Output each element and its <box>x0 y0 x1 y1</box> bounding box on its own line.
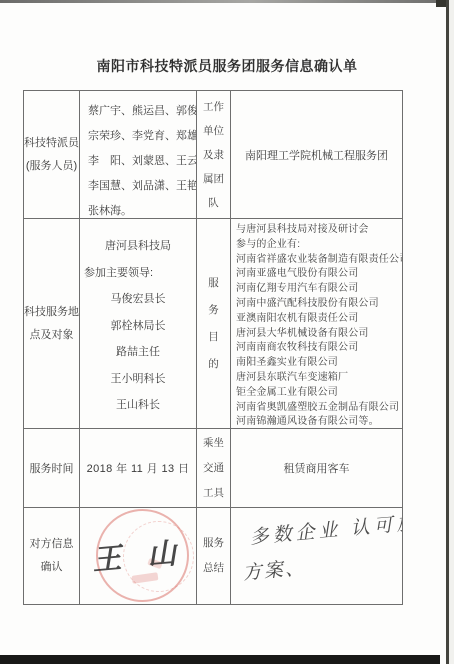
text-line: 路喆主任 <box>80 339 196 366</box>
text-line: 服务 <box>203 531 224 556</box>
work-unit-label: 工作单位及隶属团队 <box>197 91 231 219</box>
service-date-text: 2018 年 11 月 13 日 <box>87 460 190 476</box>
scan-edge-top <box>0 0 454 3</box>
specialists-label: 科技特派员(服务人员) <box>24 91 80 219</box>
text-line: 科技特派员 <box>24 132 79 155</box>
text-line: (服务人员) <box>26 155 77 178</box>
transport-value: 租赁商用客车 <box>231 429 402 508</box>
text-line: 李国慧、刘品潇、王艳红、 <box>88 174 192 199</box>
text-line: 务 <box>208 297 219 324</box>
text-line: 与唐河县科技局对接及研讨会 <box>236 223 400 238</box>
text-line: 确认 <box>41 556 63 579</box>
text-line: 唐河县东联汽车变速箱厂 <box>236 371 400 386</box>
text-line: 工作 <box>203 95 224 119</box>
scan-margin-right <box>449 0 454 664</box>
specialists-names: 蔡广宇、熊运昌、郭俊杰、宗荣珍、李党育、郑雄文、李 阳、刘蒙恩、王云涛、李国慧、… <box>80 91 197 219</box>
text-line: 参与的企业有: <box>236 238 400 253</box>
work-unit-value: 南阳理工学院机械工程服务团 <box>231 91 402 219</box>
text-line: 工具 <box>203 481 224 506</box>
text-line: 目 <box>208 324 219 351</box>
text-line: 队 <box>208 191 219 215</box>
text-line: 河南中盛汽配科技股份有限公司 <box>236 297 400 312</box>
text-line: 李 阳、刘蒙恩、王云涛、 <box>88 149 192 174</box>
text-line: 王小明科长 <box>80 366 196 393</box>
work-unit-text: 南阳理工学院机械工程服务团 <box>245 147 388 163</box>
text-line: 参加主要领导: <box>80 260 196 287</box>
confirmation-label: 对方信息确认 <box>24 508 80 604</box>
text-line: 交通 <box>203 456 224 481</box>
text-line: 蔡广宇、熊运昌、郭俊杰、 <box>88 99 192 124</box>
service-purpose-label: 服务目的 <box>197 219 231 429</box>
service-location-value: 唐河县科技局参加主要领导:马俊宏县长郭栓林局长路喆主任王小明科长王山科长 <box>80 219 197 429</box>
text-line: 张林海。 <box>88 199 192 219</box>
scan-edge-right <box>446 0 449 664</box>
service-purpose-value: 与唐河县科技局对接及研讨会参与的企业有:河南省祥盛农业装备制造有限责任公司河南亚… <box>231 219 402 429</box>
service-time-label: 服务时间 <box>24 429 80 508</box>
scanned-document-page: 南阳市科技特派员服务团服务信息确认单 科技特派员(服务人员) 蔡广宇、熊运昌、郭… <box>0 0 454 664</box>
text-line: 河南省奥凯盛塑胶五金制品有限公司 <box>236 401 400 416</box>
text-line: 点及对象 <box>30 324 74 347</box>
text-line: 属团 <box>203 167 224 191</box>
text-line: 河南亿翔专用汽车有限公司 <box>236 282 400 297</box>
text-line: 服 <box>208 270 219 297</box>
text-line: 总结 <box>203 556 224 581</box>
text-line: 对方信息 <box>30 533 74 556</box>
text-line: 南阳圣鑫实业有限公司 <box>236 356 400 371</box>
text-line: 唐河县大华机械设备有限公司 <box>236 327 400 342</box>
service-time-value: 2018 年 11 月 13 日 <box>80 429 197 508</box>
transport-text: 租赁商用客车 <box>284 460 350 476</box>
text-line: 宗荣珍、李党育、郑雄文、 <box>88 124 192 149</box>
text-line: 的 <box>208 351 219 378</box>
text-line: 河南锦瀚通风设备有限公司等。 <box>236 415 400 429</box>
transport-label: 乘坐交通工具 <box>197 429 231 508</box>
text-line: 王山科长 <box>80 392 196 419</box>
text-line: 钜全金属工业有限公司 <box>236 386 400 401</box>
summary-label: 服务总结 <box>197 508 231 604</box>
text-line: 马俊宏县长 <box>80 286 196 313</box>
text-line: 单位 <box>203 119 224 143</box>
document-title: 南阳市科技特派员服务团服务信息确认单 <box>0 56 454 76</box>
text-line: 科技服务地 <box>24 301 79 324</box>
scan-edge-bottom <box>0 655 440 664</box>
text-line: 及隶 <box>203 143 224 167</box>
info-table: 科技特派员(服务人员) 蔡广宇、熊运昌、郭俊杰、宗荣珍、李党育、郑雄文、李 阳、… <box>23 90 403 605</box>
text-line: 唐河县科技局 <box>80 233 196 260</box>
handwritten-signature: 王 山 <box>90 530 186 579</box>
text-line: 郭栓林局长 <box>80 313 196 340</box>
text-line: 亚澳南阳农机有限责任公司 <box>236 312 400 327</box>
text-line: 河南亚盛电气股份有限公司 <box>236 267 400 282</box>
text-line: 乘坐 <box>203 431 224 456</box>
summary-value: 多数企业 认可施行方案、 <box>231 508 402 604</box>
confirmation-value: 王 山 <box>80 508 197 604</box>
text-line: 河南南商农牧科技有限公司 <box>236 341 400 356</box>
text-line: 河南省祥盛农业装备制造有限责任公司 <box>236 253 400 268</box>
handwritten-summary: 多数企业 认可施行方案、 <box>248 508 402 590</box>
service-location-label: 科技服务地点及对象 <box>24 219 80 429</box>
service-time-label-text: 服务时间 <box>30 460 74 476</box>
